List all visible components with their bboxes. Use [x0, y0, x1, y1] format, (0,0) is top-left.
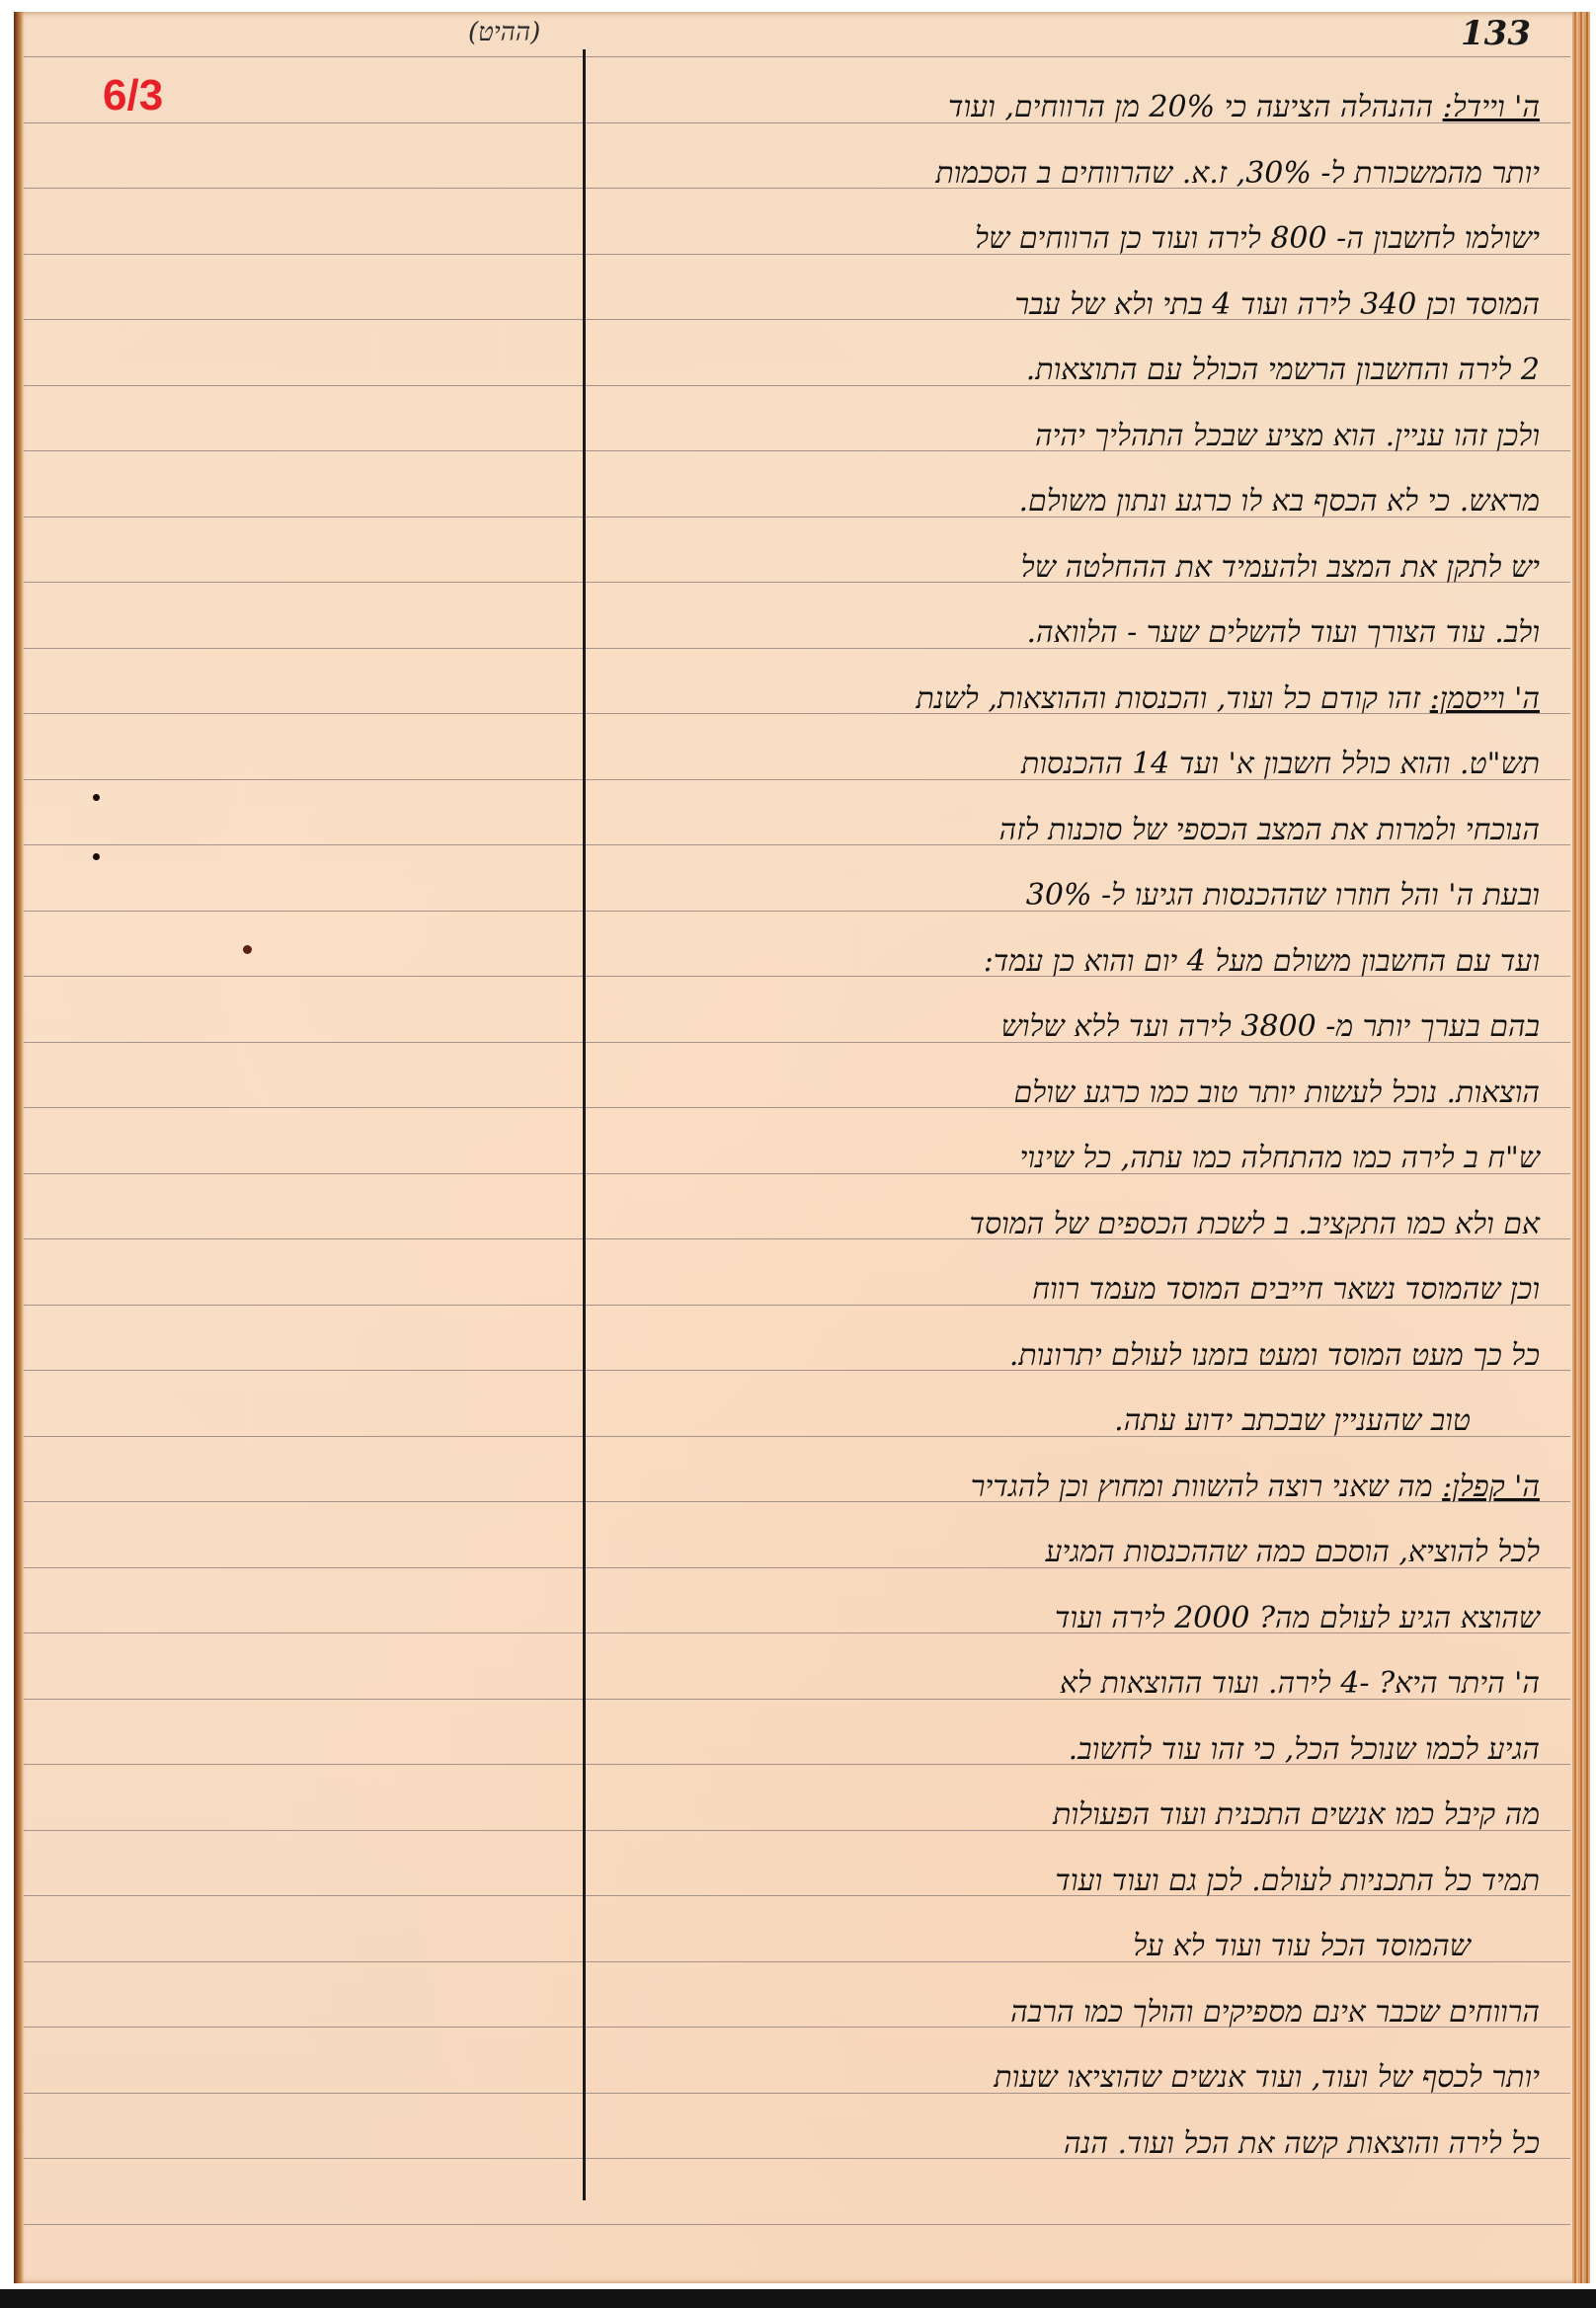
handwritten-line: אם ולא כמו התקציב. ב לשכת הכספים של המוס… [597, 1192, 1550, 1258]
handwritten-line: הגיע לכמו שנוכל הכל, כי זהו עוד לחשוב. [597, 1717, 1550, 1784]
handwritten-line: ה' קפלן: מה שאני רוצה להשוות ומחוץ וכן ל… [597, 1455, 1550, 1521]
speaker-label: ה' קפלן: [1442, 1470, 1540, 1504]
ink-dot [93, 794, 100, 801]
handwritten-line: 2 לירה והחשבון הרשמי הכולל עם התוצאות. [597, 338, 1550, 404]
line-text: מה שאני רוצה להשוות ומחוץ וכן להגדיר [971, 1470, 1442, 1504]
handwritten-line: ועד עם החשבון משולם מעל 4 יום והוא כן עמ… [597, 929, 1550, 995]
line-text: זהו קודם כל ועוד, והכנסות וההוצאות, לשנת [917, 681, 1430, 716]
speaker-label: ה' ויידל: [1443, 90, 1540, 124]
ink-dot [93, 853, 100, 860]
ruled-line [24, 2224, 1570, 2225]
handwritten-line: כל לירה והוצאות קשה את הכל ועוד. הנה [597, 2111, 1550, 2178]
handwritten-text-body: ה' ויידל: ההנהלה הציעה כי 20% מן הרווחים… [597, 75, 1550, 2177]
header-annotation: (ההיט) [468, 18, 540, 47]
handwritten-line: המוסד וכן 340 לירה ועוד 4 בתי ולא של עבר [597, 273, 1550, 339]
handwritten-line: ש"ח ב לירה כמו מהתחלה כמו עתה, כל שינוי [597, 1126, 1550, 1192]
speaker-label: ה' וייסמן: [1430, 681, 1540, 716]
handwritten-line: ישולמו לחשבון ה- 800 לירה ועוד כן הרווחי… [597, 206, 1550, 273]
handwritten-line: ובעת ה' והל חוזרו שההכנסות הגיעו ל- 30% [597, 863, 1550, 929]
handwritten-line: ה' ויידל: ההנהלה הציעה כי 20% מן הרווחים… [597, 75, 1550, 141]
handwritten-line: יש לתקן את המצב ולהעמיד את ההחלטה של [597, 535, 1550, 601]
handwritten-line: בהם בערך יותר מ- 3800 לירה ועד ללא שלוש [597, 995, 1550, 1061]
ruled-line [24, 56, 1570, 57]
handwritten-line: יותר מהמשכורת ל- 30%, ז.א. שהרווחים ב הס… [597, 141, 1550, 207]
handwritten-line: מראש. כי לא הכסף בא לו כרגע ונתון משולם. [597, 469, 1550, 535]
line-text: ההנהלה הציעה כי 20% מן הרווחים, ועוד [948, 90, 1443, 124]
handwritten-line: הנוכחי ולמרות את המצב הכספי של סוכנות לז… [597, 798, 1550, 864]
page-number: 133 [1461, 14, 1531, 53]
handwritten-line: ה' היתר היא? -4 לירה. ועוד ההוצאות לא [597, 1651, 1550, 1717]
handwritten-line: תש"ט. והוא כולל חשבון א' ועד 14 ההכנסות [597, 732, 1550, 798]
page-stamp-label: 6/3 [103, 71, 163, 120]
margin-line [583, 49, 586, 2200]
scan-border [0, 2289, 1596, 2308]
handwritten-line: תמיד כל התכניות לעולם. לכן גם ועוד ועוד [597, 1849, 1550, 1915]
handwritten-line: לכל להוציא, הוסכם כמה שההכנסות המגיע [597, 1520, 1550, 1586]
handwritten-line: יותר לכסף של ועוד, ועוד אנשים שהוציאו שע… [597, 2045, 1550, 2111]
handwritten-line: שהוצא הגיע לעולם מה? 2000 לירה ועוד [597, 1586, 1550, 1652]
handwritten-line: כל כך מעט המוסד ומעט בזמנו לעולם יתרונות… [597, 1323, 1550, 1390]
handwritten-line: הרווחים שכבר אינם מספיקים והולך כמו הרבה [597, 1980, 1550, 2046]
notebook-page: 6/3 (ההיט) 133 ה' ויידל: ההנהלה הציעה כי… [14, 12, 1590, 2283]
handwritten-line: מה קיבל כמו אנשים התכנית ועוד הפעולות [597, 1783, 1550, 1849]
handwritten-line: וכן שהמוסד נשאר חייבים המוסד מעמד רווח [597, 1257, 1550, 1323]
handwritten-line: ולכן זהו עניין. הוא מציע שבכל התהליך יהי… [597, 404, 1550, 470]
handwritten-line: טוב שהעניין שבכתב ידוע עתה. [597, 1389, 1550, 1455]
handwritten-line: ה' וייסמן: זהו קודם כל ועוד, והכנסות והה… [597, 667, 1550, 733]
ink-dot [243, 945, 252, 954]
handwritten-line: שהמוסד הכל עוד ועוד לא על [597, 1914, 1550, 1980]
handwritten-line: הוצאות. נוכל לעשות יותר טוב כמו כרגע שול… [597, 1061, 1550, 1127]
handwritten-line: ולב. עוד הצורך ועוד להשלים שער - הלוואה. [597, 600, 1550, 667]
